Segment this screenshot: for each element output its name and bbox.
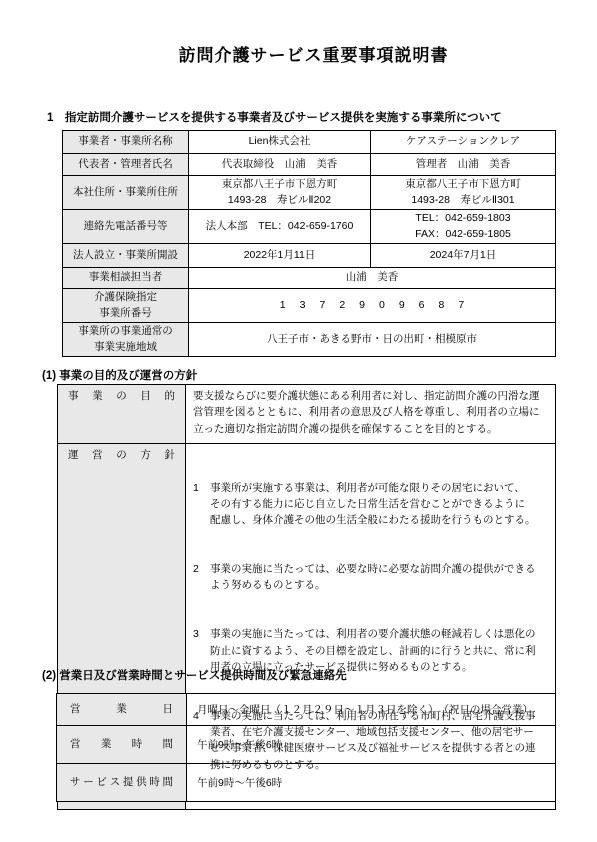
row-label: 営業時間	[57, 726, 187, 764]
value-cell: 2022年1月11日	[189, 244, 371, 268]
row-label: 本社住所・事業所住所	[63, 176, 189, 210]
value-cell: 管理者 山浦 美香	[371, 154, 556, 176]
policy-item-text: 事業の実施に当たっては、必要な時に必要な訪問介護の提供ができる よう努めるものと…	[210, 561, 548, 594]
table-row: 法人設立・事業所開設 2022年1月11日 2024年7月1日	[63, 244, 556, 268]
value-cell: 八王子市・あきる野市・日の出町・相模原市	[189, 323, 556, 357]
policy-item: 1 事業所が実施する事業は、利用者が可能な限りその居宅において、 その有する能力…	[193, 480, 548, 529]
table-row: 営業日 月曜日～金曜日（１２月２９日～１月３日を除く） （祝日の場合営業）	[57, 694, 556, 726]
policy-item-number: 2	[193, 561, 210, 594]
section-2-heading: (1) 事業の目的及び運営の方針	[42, 367, 197, 383]
value-cell: TEL：042-659-1803 FAX：042-659-1805	[371, 210, 556, 244]
value-cell: 東京都八王子市下恩方町 1493-28 寿ビルⅡ301	[371, 176, 556, 210]
table-row: 代表者・管理者氏名 代表取締役 山浦 美香 管理者 山浦 美香	[63, 154, 556, 176]
table-row: サービス提供時間 午前9時～午後6時	[57, 764, 556, 802]
table-row: 事業の目的 要支援ならびに要介護状態にある利用者に対し、指定訪問介護の円滑な運 …	[58, 385, 556, 444]
row-label: 代表者・管理者氏名	[63, 154, 189, 176]
value-cell: 山浦 美香	[189, 268, 556, 289]
office-number-cell: 1372909687	[189, 289, 556, 323]
value-cell: 午前9時～午後6時	[187, 726, 556, 764]
row-label: 事業者・事業所名称	[63, 131, 189, 154]
table-row: 事業相談担当者 山浦 美香	[63, 268, 556, 289]
policy-item-text: 事業所が実施する事業は、利用者が可能な限りその居宅において、 その有する能力に応…	[210, 480, 548, 529]
row-label: 事業所の事業通常の 事業実施地域	[63, 323, 189, 357]
purpose-text: 要支援ならびに要介護状態にある利用者に対し、指定訪問介護の円滑な運 営管理を図る…	[186, 385, 556, 444]
table-row: 事業所の事業通常の 事業実施地域 八王子市・あきる野市・日の出町・相模原市	[63, 323, 556, 357]
value-cell: Lien株式会社	[189, 131, 371, 154]
policy-item-number: 1	[193, 480, 210, 529]
provider-info-table: 事業者・事業所名称 Lien株式会社 ケアステーションクレア 代表者・管理者氏名…	[62, 130, 556, 357]
hours-table: 営業日 月曜日～金曜日（１２月２９日～１月３日を除く） （祝日の場合営業） 営業…	[56, 693, 556, 802]
row-label: 連絡先電話番号等	[63, 210, 189, 244]
value-cell: 東京都八王子市下恩方町 1493-28 寿ビルⅡ202	[189, 176, 371, 210]
document-title: 訪問介護サービス重要事項説明書	[30, 41, 597, 66]
row-label: サービス提供時間	[57, 764, 187, 802]
value-cell: ケアステーションクレア	[371, 131, 556, 154]
policy-item: 2 事業の実施に当たっては、必要な時に必要な訪問介護の提供ができる よう努めるも…	[193, 561, 548, 594]
row-label: 介護保険指定 事業所番号	[63, 289, 189, 323]
document-page: 訪問介護サービス重要事項説明書 1 指定訪問介護サービスを提供する事業者及びサー…	[0, 0, 597, 842]
table-row: 本社住所・事業所住所 東京都八王子市下恩方町 1493-28 寿ビルⅡ202 東…	[63, 176, 556, 210]
table-row: 連絡先電話番号等 法人本部 TEL：042-659-1760 TEL：042-6…	[63, 210, 556, 244]
value-cell: 月曜日～金曜日（１２月２９日～１月３日を除く） （祝日の場合営業）	[187, 694, 556, 726]
value-cell: 2024年7月1日	[371, 244, 556, 268]
purpose-label: 事業の目的	[58, 385, 186, 444]
value-cell: 午前9時～午後6時	[187, 764, 556, 802]
value-cell: 法人本部 TEL：042-659-1760	[189, 210, 371, 244]
table-row: 事業者・事業所名称 Lien株式会社 ケアステーションクレア	[63, 131, 556, 154]
row-label: 法人設立・事業所開設	[63, 244, 189, 268]
row-label: 営業日	[57, 694, 187, 726]
section-3-heading: (2) 営業日及び営業時間とサービス提供時間及び緊急連絡先	[42, 667, 347, 683]
section-1-heading: 1 指定訪問介護サービスを提供する事業者及びサービス提供を実施する事業所について	[47, 109, 502, 125]
table-row: 営業時間 午前9時～午後6時	[57, 726, 556, 764]
row-label: 事業相談担当者	[63, 268, 189, 289]
table-row: 介護保険指定 事業所番号 1372909687	[63, 289, 556, 323]
value-cell: 代表取締役 山浦 美香	[189, 154, 371, 176]
